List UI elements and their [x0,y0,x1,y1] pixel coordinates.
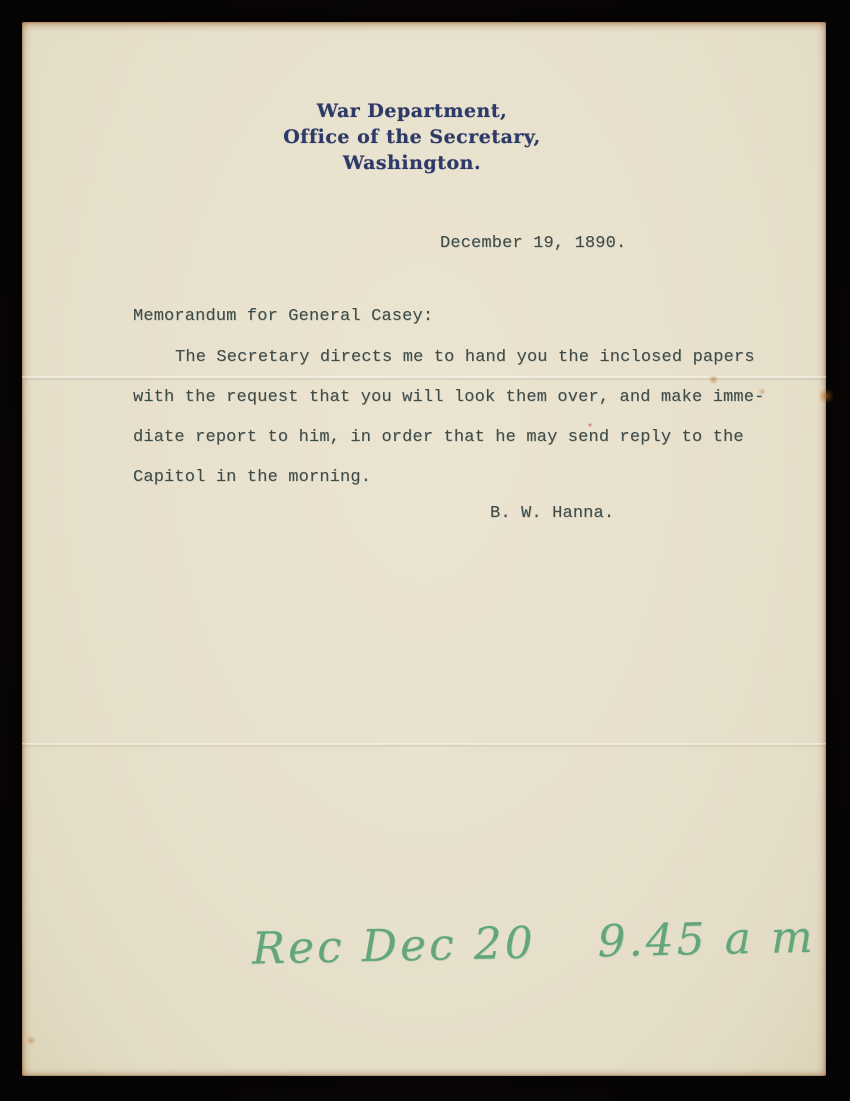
letterhead-line-2: Office of the Secretary, [10,124,814,150]
photo-background: War Department, Office of the Secretary,… [0,0,850,1101]
letter-page: War Department, Office of the Secretary,… [22,22,826,1076]
letterhead-line-1: War Department, [10,98,814,124]
fold-line-bottom [22,743,826,747]
letter-body: The Secretary directs me to hand you the… [133,348,783,508]
signature: B. W. Hanna. [490,504,614,523]
received-handwritten-note: Rec Dec 209.45 a m [148,861,791,1027]
date-line: December 19, 1890. [440,234,626,253]
body-line-1: The Secretary directs me to hand you the… [133,348,783,388]
body-line-2: with the request that you will look them… [133,388,783,428]
body-line-4: Capitol in the morning. [133,468,783,508]
received-date: Rec Dec 20 [251,918,536,975]
foxing-spot [818,389,834,403]
received-time: 9.45 a m [597,912,816,968]
salutation: Memorandum for General Casey: [133,307,433,326]
letterhead: War Department, Office of the Secretary,… [10,98,814,176]
letterhead-line-3: Washington. [10,150,814,176]
foxing-spot [26,1036,36,1045]
body-line-3: diate report to him, in order that he ma… [133,428,783,468]
